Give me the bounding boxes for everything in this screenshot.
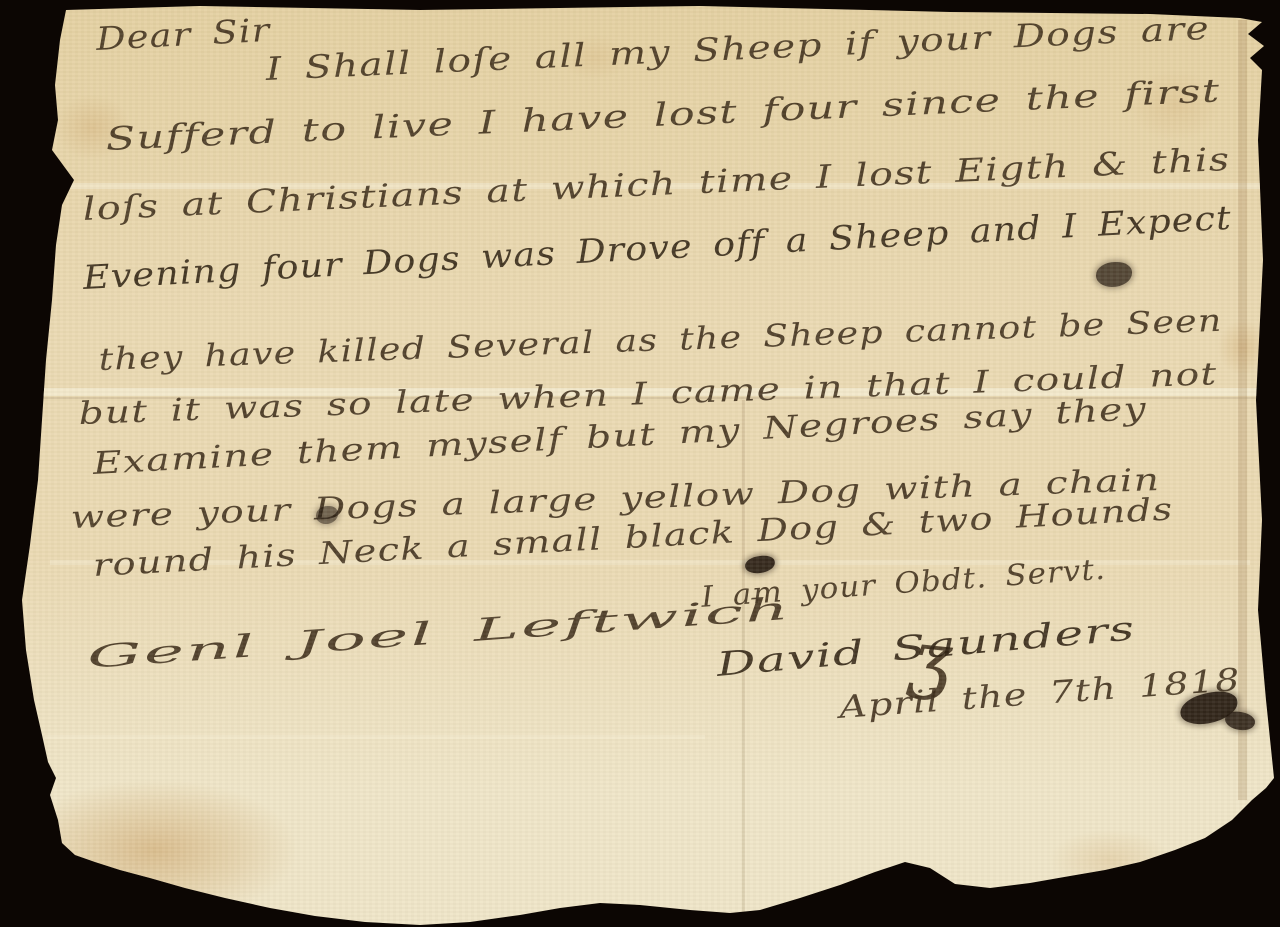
scan-background: Dear SirI Shall loſe all my Sheep if you… bbox=[0, 0, 1280, 927]
paper-stain bbox=[15, 780, 295, 920]
salutation: Dear Sir bbox=[95, 11, 271, 58]
ink-blot bbox=[1096, 262, 1132, 287]
fold-crease bbox=[45, 735, 705, 739]
addressee-line: Genl Joel Leftwich bbox=[86, 591, 792, 676]
ink-blot bbox=[1223, 708, 1257, 733]
letter-paper: Dear SirI Shall loſe all my Sheep if you… bbox=[0, 0, 1280, 927]
ink-blot bbox=[744, 555, 775, 575]
paper-stain bbox=[1218, 320, 1268, 375]
date-line: April the 7th 1818 bbox=[838, 662, 1242, 726]
paper-stain bbox=[1050, 830, 1170, 890]
letter-line-1: I Shall loſe all my Sheep if your Dogs a… bbox=[265, 9, 1211, 88]
